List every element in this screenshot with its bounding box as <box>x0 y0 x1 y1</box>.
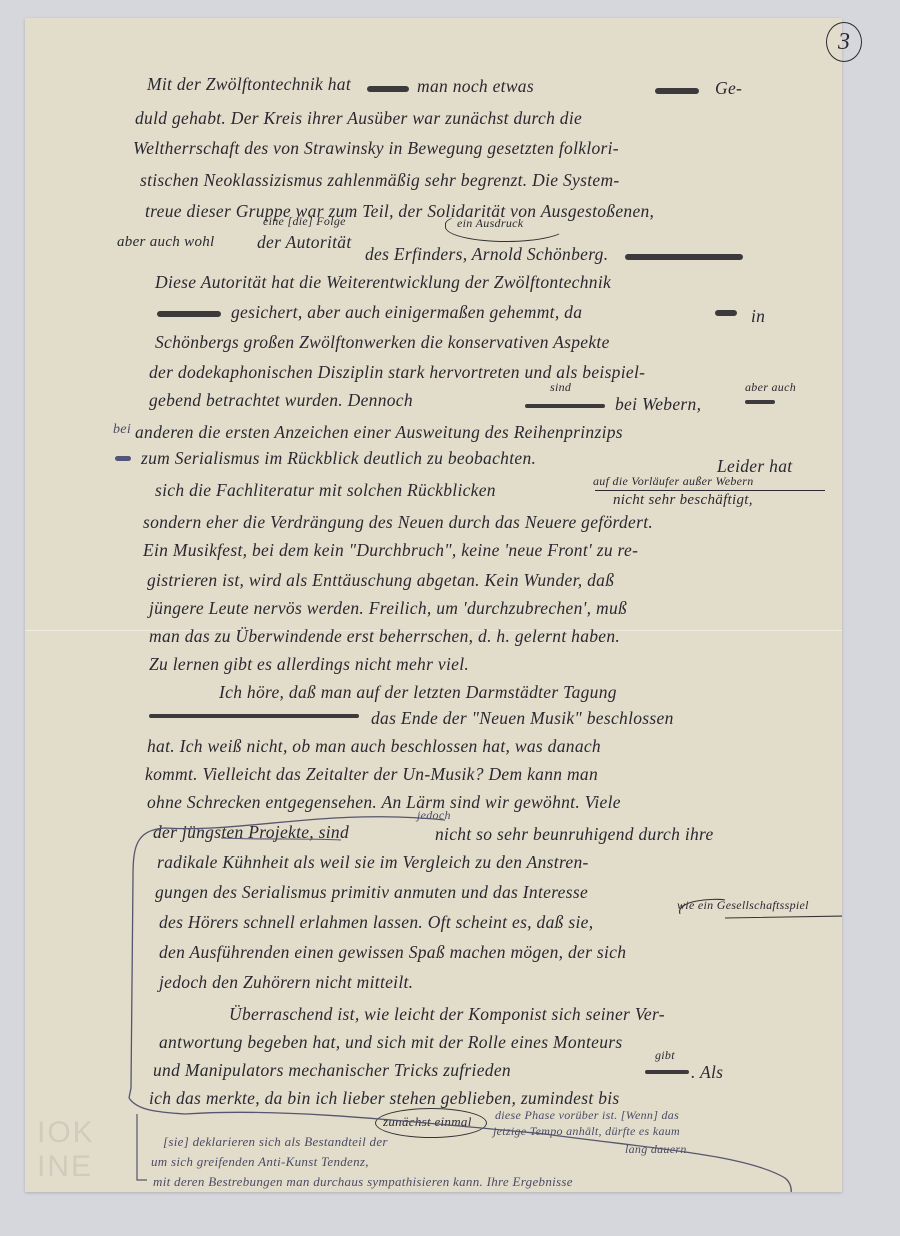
insertion-gibt: gibt <box>655 1048 675 1063</box>
text-line-14b: nicht sehr beschäftigt, <box>613 492 753 509</box>
text-line-35: ich das merkte, da bin ich lieber stehen… <box>149 1088 620 1109</box>
text-line-24: kommt. Vielleicht das Zeitalter der Un-M… <box>145 764 598 785</box>
insertion-bei: bei <box>113 422 131 438</box>
text-line-34b: . Als <box>691 1062 723 1083</box>
strikethrough <box>715 310 737 316</box>
insert-line-3: mit deren Bestrebungen man durchaus symp… <box>153 1174 573 1190</box>
text-line-15: sondern eher die Verdrängung des Neuen d… <box>143 512 653 533</box>
text-line-13: zum Serialismus im Rückblick deutlich zu… <box>141 448 536 469</box>
text-line-3: Weltherrschaft des von Strawinsky in Bew… <box>133 138 619 159</box>
insertion-eine-folge: eine [die] Folge <box>263 214 346 229</box>
text-line-11a: gebend betrachtet wurden. Dennoch <box>149 390 413 411</box>
text-line-29: des Hörers schnell erlahmen lassen. Oft … <box>159 912 593 933</box>
strikethrough-resolution <box>149 714 359 718</box>
insertion-gesellschaftsspiel: wie ein Gesellschaftsspiel <box>677 898 809 913</box>
insertion-bracket <box>445 212 567 242</box>
text-line-7: Diese Autorität hat die Weiterentwicklun… <box>155 272 611 293</box>
strikethrough <box>157 311 221 317</box>
text-line-8b: in <box>751 306 765 327</box>
strikethrough <box>625 254 743 260</box>
text-line-1b: man noch etwas <box>417 76 534 97</box>
text-line-5: treue dieser Gruppe war zum Teil, der So… <box>145 201 654 222</box>
text-line-26b: nicht so sehr beunruhigend durch ihre <box>435 824 714 845</box>
text-line-14a: sich die Fachliteratur mit solchen Rückb… <box>155 480 496 501</box>
text-line-34: und Manipulators mechanischer Tricks zuf… <box>153 1060 511 1081</box>
text-line-11b: bei Webern, <box>615 394 701 415</box>
strikethrough <box>525 404 605 408</box>
strikethrough <box>367 86 409 92</box>
strikethrough <box>655 88 699 94</box>
text-line-6b: der Autorität <box>257 232 352 253</box>
bleed-through-stamp: IOKINE <box>37 1116 95 1184</box>
text-line-18: jüngere Leute nervös werden. Freilich, u… <box>149 598 627 619</box>
text-line-8a: gesichert, aber auch einigermaßen gehemm… <box>231 302 582 323</box>
annotation-phase-3: lang dauern. <box>625 1142 690 1157</box>
annotation-phase-1: diese Phase vorüber ist. [Wenn] das <box>495 1108 679 1123</box>
text-line-33: antwortung begeben hat, und sich mit der… <box>159 1032 623 1053</box>
text-line-30: den Ausführenden einen gewissen Spaß mac… <box>159 942 626 963</box>
text-line-27: radikale Kühnheit als weil sie im Vergle… <box>157 852 589 873</box>
text-line-32: Überraschend ist, wie leicht der Komponi… <box>229 1004 665 1025</box>
manuscript-page: IOKINE 3 Mit der Zwölftontechnik hat man… <box>25 18 842 1192</box>
text-line-9: Schönbergs großen Zwölftonwerken die kon… <box>155 332 610 353</box>
text-line-21: Ich höre, daß man auf der letzten Darmst… <box>219 682 617 703</box>
text-line-1c: Ge- <box>715 78 742 99</box>
text-line-6c: des Erfinders, Arnold Schönberg. <box>365 244 608 265</box>
insertion-jedoch: jedoch <box>417 808 451 823</box>
text-line-26a: der jüngsten Projekte, sind <box>153 822 349 843</box>
strikethrough <box>645 1070 689 1074</box>
text-line-1: Mit der Zwölftontechnik hat <box>147 74 351 95</box>
text-line-4: stischen Neoklassizismus zahlenmäßig seh… <box>140 170 620 191</box>
page-number: 3 <box>826 22 862 62</box>
text-line-2: duld gehabt. Der Kreis ihrer Ausüber war… <box>135 108 582 129</box>
text-line-23: hat. Ich weiß nicht, ob man auch beschlo… <box>147 736 601 757</box>
insertion-underline <box>595 490 825 491</box>
strikethrough <box>115 456 131 461</box>
annotation-phase-2: jetzige Tempo anhält, dürfte es kaum <box>493 1124 680 1139</box>
strikethrough <box>745 400 775 404</box>
text-line-31: jedoch den Zuhörern nicht mitteilt. <box>159 972 413 993</box>
text-line-12: anderen die ersten Anzeichen einer Auswe… <box>135 422 623 443</box>
text-line-16: Ein Musikfest, bei dem kein "Durchbruch"… <box>143 540 638 561</box>
insertion-aber-auch: aber auch <box>745 380 796 395</box>
text-line-19: man das zu Überwindende erst beherrschen… <box>149 626 620 647</box>
insertion-vorlaeufer: auf die Vorläufer außer Webern <box>593 474 754 489</box>
text-line-28: gungen des Serialismus primitiv anmuten … <box>155 882 588 903</box>
text-line-25: ohne Schrecken entgegensehen. An Lärm si… <box>147 792 621 813</box>
insert-line-2: um sich greifenden Anti-Kunst Tendenz, <box>151 1154 369 1170</box>
text-line-22: das Ende der "Neuen Musik" beschlossen <box>371 708 674 729</box>
text-line-6a: aber auch wohl <box>117 234 215 251</box>
insert-line-1: [sie] deklarieren sich als Bestandteil d… <box>163 1134 388 1150</box>
insertion-sind: sind <box>550 380 571 395</box>
insertion-oval <box>375 1108 487 1138</box>
text-line-20: Zu lernen gibt es allerdings nicht mehr … <box>149 654 469 675</box>
text-line-17: gistrieren ist, wird als Enttäuschung ab… <box>147 570 614 591</box>
